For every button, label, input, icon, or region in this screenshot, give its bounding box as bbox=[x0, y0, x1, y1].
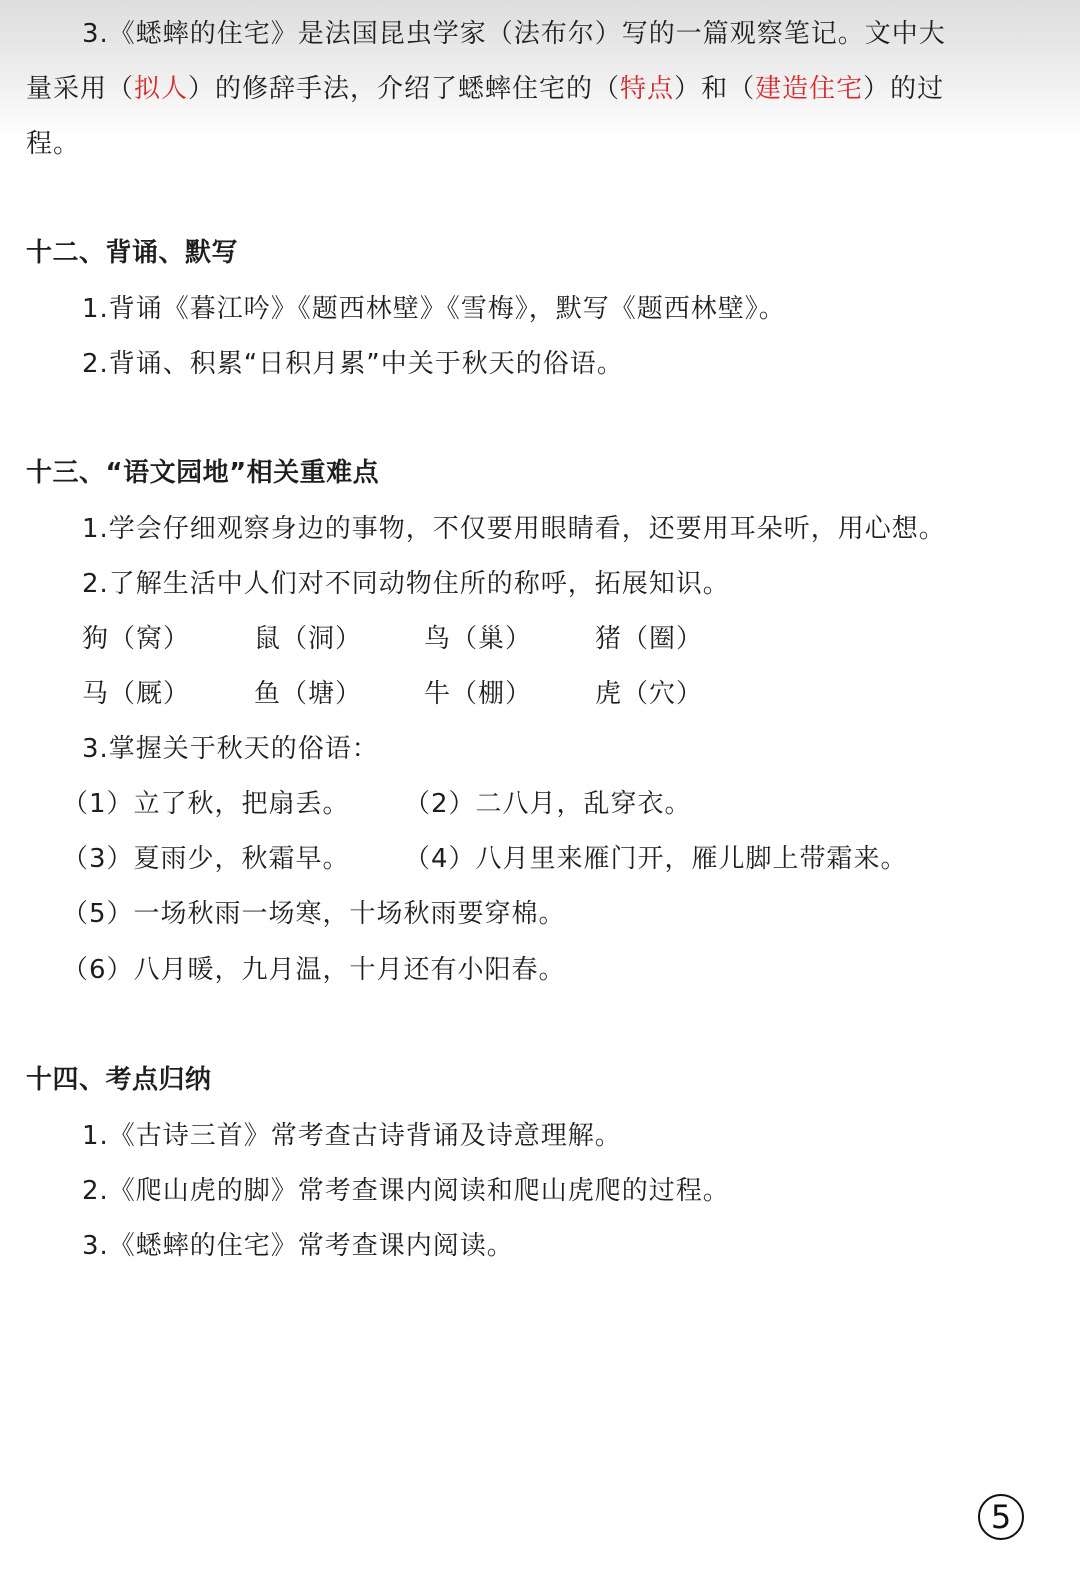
proverb-item: （1）立了秋，把扇丢。 bbox=[62, 787, 350, 821]
answer-highlight: 建造住宅 bbox=[755, 74, 863, 104]
list-item: 3.掌握关于秋天的俗语： bbox=[82, 732, 379, 766]
page-number: 5 bbox=[991, 1498, 1011, 1536]
section-title-12: 十二、背诵、默写 bbox=[26, 236, 238, 270]
answer-highlight: 拟人 bbox=[134, 74, 188, 104]
list-item: 1.背诵《暮江吟》《题西林壁》《雪梅》，默写《题西林壁》。 bbox=[82, 292, 786, 326]
animal-home-cell: 虎（穴） bbox=[595, 677, 703, 711]
animal-home-cell: 马（厩） bbox=[82, 677, 190, 711]
animal-home-cell: 狗（窝） bbox=[82, 622, 190, 656]
page-number-badge: 5 bbox=[978, 1494, 1024, 1540]
intro-line-3: 程。 bbox=[26, 127, 80, 161]
intro-text: ）的修辞手法，介绍了蟋蟀住宅的（ bbox=[188, 74, 620, 104]
animal-home-cell: 牛（棚） bbox=[424, 677, 532, 711]
animal-home-cell: 猪（圈） bbox=[595, 622, 703, 656]
animal-home-cell: 鱼（塘） bbox=[254, 677, 362, 711]
section-title-14: 十四、考点归纳 bbox=[26, 1063, 212, 1097]
proverb-item: （6）八月暖，九月温，十月还有小阳春。 bbox=[62, 953, 566, 987]
list-item: 2.背诵、积累“日积月累”中关于秋天的俗语。 bbox=[82, 347, 624, 381]
intro-line-2: 量采用（拟人）的修辞手法，介绍了蟋蟀住宅的（特点）和（建造住宅）的过 bbox=[26, 72, 944, 106]
animal-home-cell: 鸟（巢） bbox=[424, 622, 532, 656]
list-item: 2.《爬山虎的脚》常考查课内阅读和爬山虎爬的过程。 bbox=[82, 1174, 730, 1208]
list-item: 1.学会仔细观察身边的事物，不仅要用眼睛看，还要用耳朵听，用心想。 bbox=[82, 512, 946, 546]
intro-text: 量采用（ bbox=[26, 74, 134, 104]
intro-line-1: 3.《蟋蟀的住宅》是法国昆虫学家（法布尔）写的一篇观察笔记。文中大 bbox=[82, 17, 946, 51]
section-title-13: 十三、“语文园地”相关重难点 bbox=[26, 456, 379, 490]
proverb-item: （4）八月里来雁门开，雁儿脚上带霜来。 bbox=[404, 842, 908, 876]
answer-highlight: 特点 bbox=[620, 74, 674, 104]
proverb-item: （2）二八月，乱穿衣。 bbox=[404, 787, 692, 821]
list-item: 3.《蟋蟀的住宅》常考查课内阅读。 bbox=[82, 1229, 514, 1263]
list-item: 1.《古诗三首》常考查古诗背诵及诗意理解。 bbox=[82, 1119, 622, 1153]
intro-text: ）的过 bbox=[863, 74, 944, 104]
animal-home-cell: 鼠（洞） bbox=[254, 622, 362, 656]
proverb-item: （5）一场秋雨一场寒，十场秋雨要穿棉。 bbox=[62, 897, 566, 931]
list-item: 2.了解生活中人们对不同动物住所的称呼，拓展知识。 bbox=[82, 567, 730, 601]
intro-text: ）和（ bbox=[674, 74, 755, 104]
proverb-item: （3）夏雨少，秋霜早。 bbox=[62, 842, 350, 876]
